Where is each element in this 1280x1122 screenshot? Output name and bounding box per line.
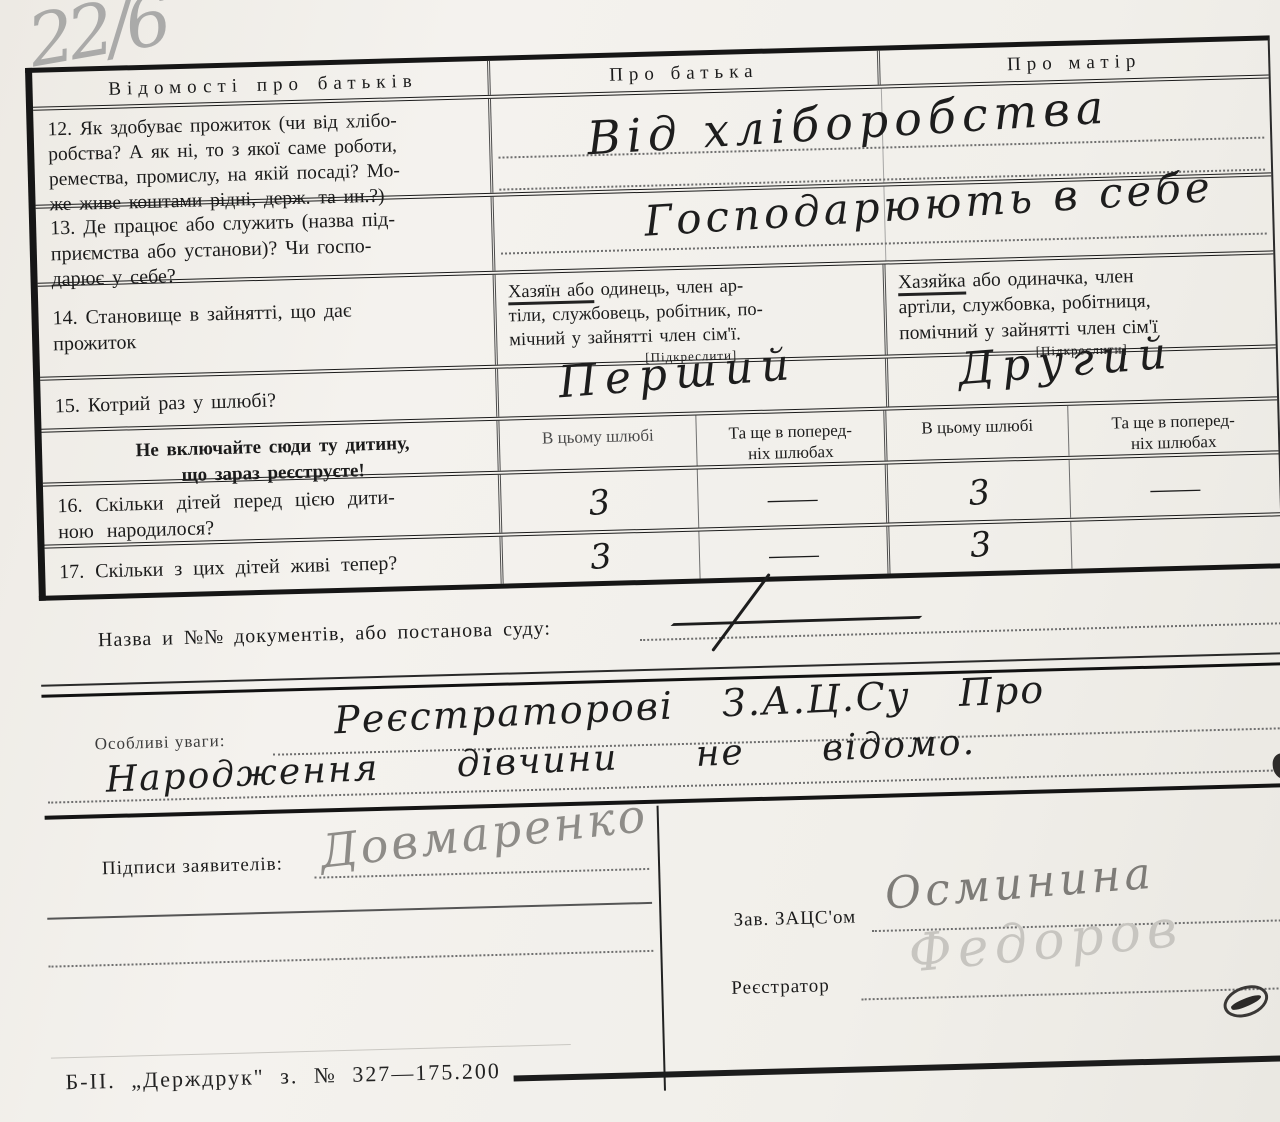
- handwritten-value: 3: [588, 535, 614, 579]
- registry-head-label: Зав. ЗАЦС'ом: [733, 907, 856, 932]
- mother-marriage-cell: Другий: [888, 348, 1277, 406]
- q16-mother-previous: —: [1070, 454, 1280, 517]
- underlined-option-father: Хазяїн або: [508, 280, 595, 305]
- ink-stamp-mark: [1219, 980, 1272, 1024]
- signatures-section: Підписи заявителів: Довмаренко Зав. ЗАЦС…: [45, 787, 1280, 1101]
- handwritten-dash: —: [1150, 472, 1200, 506]
- handwritten-none-mark: —: [656, 589, 935, 648]
- children-note: Не включайте сюди ту дитину, що зараз ре…: [42, 421, 501, 483]
- subheader-mother-previous: Та ще в поперед- ніх шлюбах: [1068, 400, 1278, 455]
- ink-blot: [1272, 753, 1280, 780]
- underlined-option-mother: Хазяйка: [898, 270, 966, 296]
- bottom-column-divider: [657, 806, 666, 1091]
- write-line: [51, 1044, 571, 1059]
- q17-father-previous: —: [699, 527, 890, 579]
- question-13: 13. Де працює або служить (назва під- пр…: [36, 197, 496, 283]
- write-line: [49, 950, 654, 968]
- handwritten-dash: —: [768, 538, 818, 572]
- father-marriage-cell: Перший: [498, 359, 889, 417]
- subheader-father-current: В цьому шлюбі: [499, 416, 697, 471]
- handwritten-value: 3: [587, 481, 613, 525]
- q16-father-previous: —: [698, 465, 889, 528]
- question-14: 14. Становище в зайнятті, що дає прожито…: [38, 275, 498, 377]
- subheader-father-previous: Та ще в поперед- ніх шлюбах: [696, 411, 887, 466]
- subheader-mother-current: В цьому шлюбі: [886, 406, 1069, 461]
- documents-label: Назва и №№ документів, або постанова суд…: [98, 617, 551, 652]
- write-line: [862, 987, 1280, 1000]
- header-father: Про батька: [490, 51, 881, 95]
- handwritten-value: 3: [966, 471, 992, 515]
- handwritten-value: 3: [968, 523, 994, 567]
- question-12: 12. Як здобуває прожиток (чи від хлібо- …: [33, 99, 493, 205]
- question-16: 16. Скільки дітей перед цією дити- ною н…: [43, 475, 502, 545]
- q16-mother-current: 3: [888, 460, 1071, 523]
- q16-father-current: 3: [501, 470, 699, 533]
- q17-father-current: 3: [502, 532, 700, 584]
- parents-info-table: Відомості про батьків Про батька Про мат…: [25, 35, 1280, 600]
- q17-mother-current: 3: [889, 522, 1072, 574]
- write-line: [47, 902, 652, 920]
- remarks-label: Особливі уваги:: [94, 731, 225, 754]
- applicants-signatures-label: Підписи заявителів:: [102, 854, 283, 881]
- q17-mother-previous: [1071, 516, 1280, 568]
- handwritten-dash: —: [767, 482, 817, 516]
- header-mother: Про матір: [880, 40, 1269, 84]
- scanned-form: Відомості про батьків Про батька Про мат…: [25, 35, 1280, 1101]
- scan-edge-shadow: [514, 1054, 1280, 1081]
- print-shop-imprint: Б-ІІ. „Держдрук" з. № 327—175.200: [65, 1058, 501, 1095]
- registrar-label: Реєстратор: [731, 975, 830, 1000]
